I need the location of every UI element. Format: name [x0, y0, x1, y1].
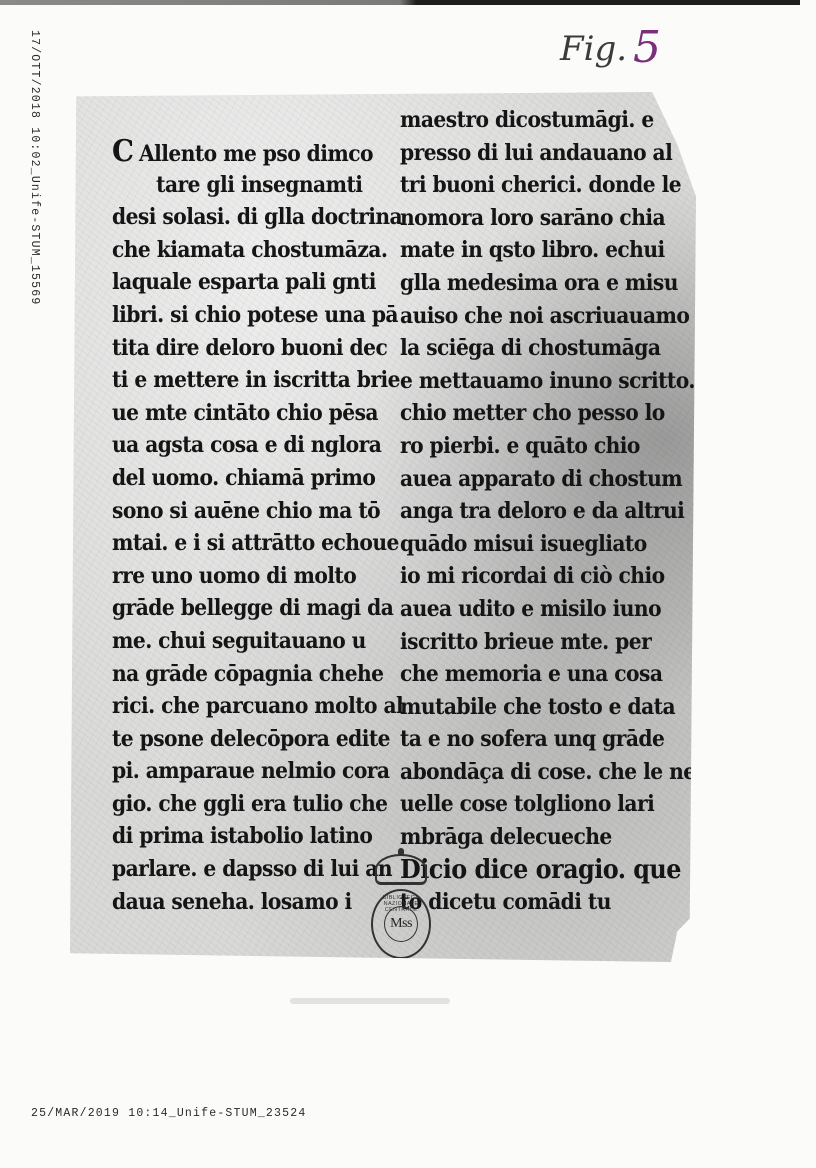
manuscript-right-column: maestro dicostumāgi. e presso di lui and… [400, 104, 680, 919]
manuscript-line: ti e mettere in iscritta brie [112, 364, 360, 397]
manuscript-line: to dicetu comādi tu [400, 886, 658, 919]
manuscript-line: del uomo. chiamā primo [112, 462, 360, 495]
manuscript-line: rici. che parcuano molto al [112, 690, 360, 723]
scan-bottom-timestamp: 25/MAR/2019 10:14_Unife-STUM_23524 [31, 1107, 306, 1120]
manuscript-line: daua seneha. losamo i [112, 886, 360, 919]
crown-icon [375, 854, 427, 885]
manuscript-line: parlare. e dapsso di lui an [112, 853, 360, 886]
manuscript-line: auiso che noi ascriuauamo [400, 300, 658, 333]
manuscript-line: mtai. e i si attrātto echoue [112, 527, 360, 560]
manuscript-line: di prima istabolio latino [112, 820, 360, 853]
decorated-initial: C [112, 134, 133, 169]
manuscript-line: gio. che ggli era tulio che [112, 788, 360, 821]
manuscript-line: pi. amparaue nelmio cora [112, 755, 360, 788]
figure-label-text: Fig. [560, 32, 627, 66]
manuscript-line: che memoria e una cosa [400, 658, 658, 691]
manuscript-page: CAllento me pso dimco tare gli insegnamt… [70, 92, 696, 962]
manuscript-line-capital: Dicio dice oragio. que [400, 854, 658, 887]
manuscript-line: mutabile che tosto e data [400, 691, 658, 724]
manuscript-line: auea udito e misilo iuno [400, 593, 658, 626]
manuscript-line: libri. si chio potese una pā [112, 299, 360, 332]
manuscript-line: anga tra deloro e da altrui [400, 495, 658, 528]
manuscript-line: che kiamata chostumāza. [112, 234, 360, 267]
manuscript-line: ro pierbi. e quāto chio [400, 430, 658, 463]
manuscript-line: ue mte cintāto chio pēsa [112, 397, 360, 430]
manuscript-left-column: CAllento me pso dimco tare gli insegnamt… [112, 136, 382, 918]
manuscript-line: glla medesima ora e misu [400, 267, 658, 300]
manuscript-line: laquale esparta pali gnti [112, 266, 360, 299]
manuscript-line: grāde bellegge di magi da [112, 592, 360, 625]
manuscript-line: e mettauamo inuno scritto. [400, 365, 658, 398]
manuscript-line: mbrāga delecueche [400, 821, 658, 854]
manuscript-line: auea apparato di chostum [400, 463, 658, 496]
seal-icon: BIBLIOTECA NAZIONALE CENTRALE Mss [371, 889, 431, 959]
manuscript-line: CAllento me pso dimco [112, 136, 360, 169]
manuscript-line: abondāça di cose. che le ne [400, 756, 658, 789]
manuscript-line: ua agsta cosa e di nglora [112, 429, 360, 462]
manuscript-line: la sciēga di chostumāga [400, 332, 658, 365]
manuscript-line: ta e no sofera unq grāde [400, 723, 658, 756]
manuscript-line: maestro dicostumāgi. e [400, 104, 658, 137]
figure-label-number: 5 [633, 26, 661, 70]
manuscript-line: me. chui seguitauano u [112, 625, 360, 658]
manuscript-line: io mi ricordai di ciò chio [400, 560, 658, 593]
manuscript-line: tare gli insegnamti [112, 169, 360, 202]
manuscript-line: na grāde cōpagnia chehe [112, 658, 360, 691]
scan-top-edge [0, 0, 800, 5]
manuscript-line: presso di lui andauano al [400, 137, 658, 170]
figure-label: Fig. 5 [560, 6, 661, 66]
manuscript-line: nomora loro sarāno chia [400, 202, 658, 235]
library-stamp: BIBLIOTECA NAZIONALE CENTRALE Mss [370, 854, 432, 964]
manuscript-line: uelle cose tolgliono lari [400, 788, 658, 821]
manuscript-line: mate in qsto libro. echui [400, 234, 658, 267]
manuscript-line: te psone delecōpora edite [112, 723, 360, 756]
manuscript-line: rre uno uomo di molto [112, 560, 360, 593]
faint-scan-mark [290, 998, 450, 1004]
manuscript-line: desi solasi. di glla doctrina [112, 201, 360, 234]
manuscript-line: iscritto brieue mte. per [400, 626, 658, 659]
manuscript-line: sono si auēne chio ma tō [112, 495, 360, 528]
manuscript-line: tri buoni cherici. donde le [400, 169, 658, 202]
scan-side-timestamp: 17/OTT/2018 10:02_Unife-STUM_15569 [28, 30, 41, 305]
manuscript-line: tita dire deloro buoni dec [112, 332, 360, 365]
manuscript-line: chio metter cho pesso lo [400, 397, 658, 430]
stamp-ring-text: BIBLIOTECA NAZIONALE CENTRALE [373, 895, 429, 913]
manuscript-line: quādo misui isuegliato [400, 528, 658, 561]
